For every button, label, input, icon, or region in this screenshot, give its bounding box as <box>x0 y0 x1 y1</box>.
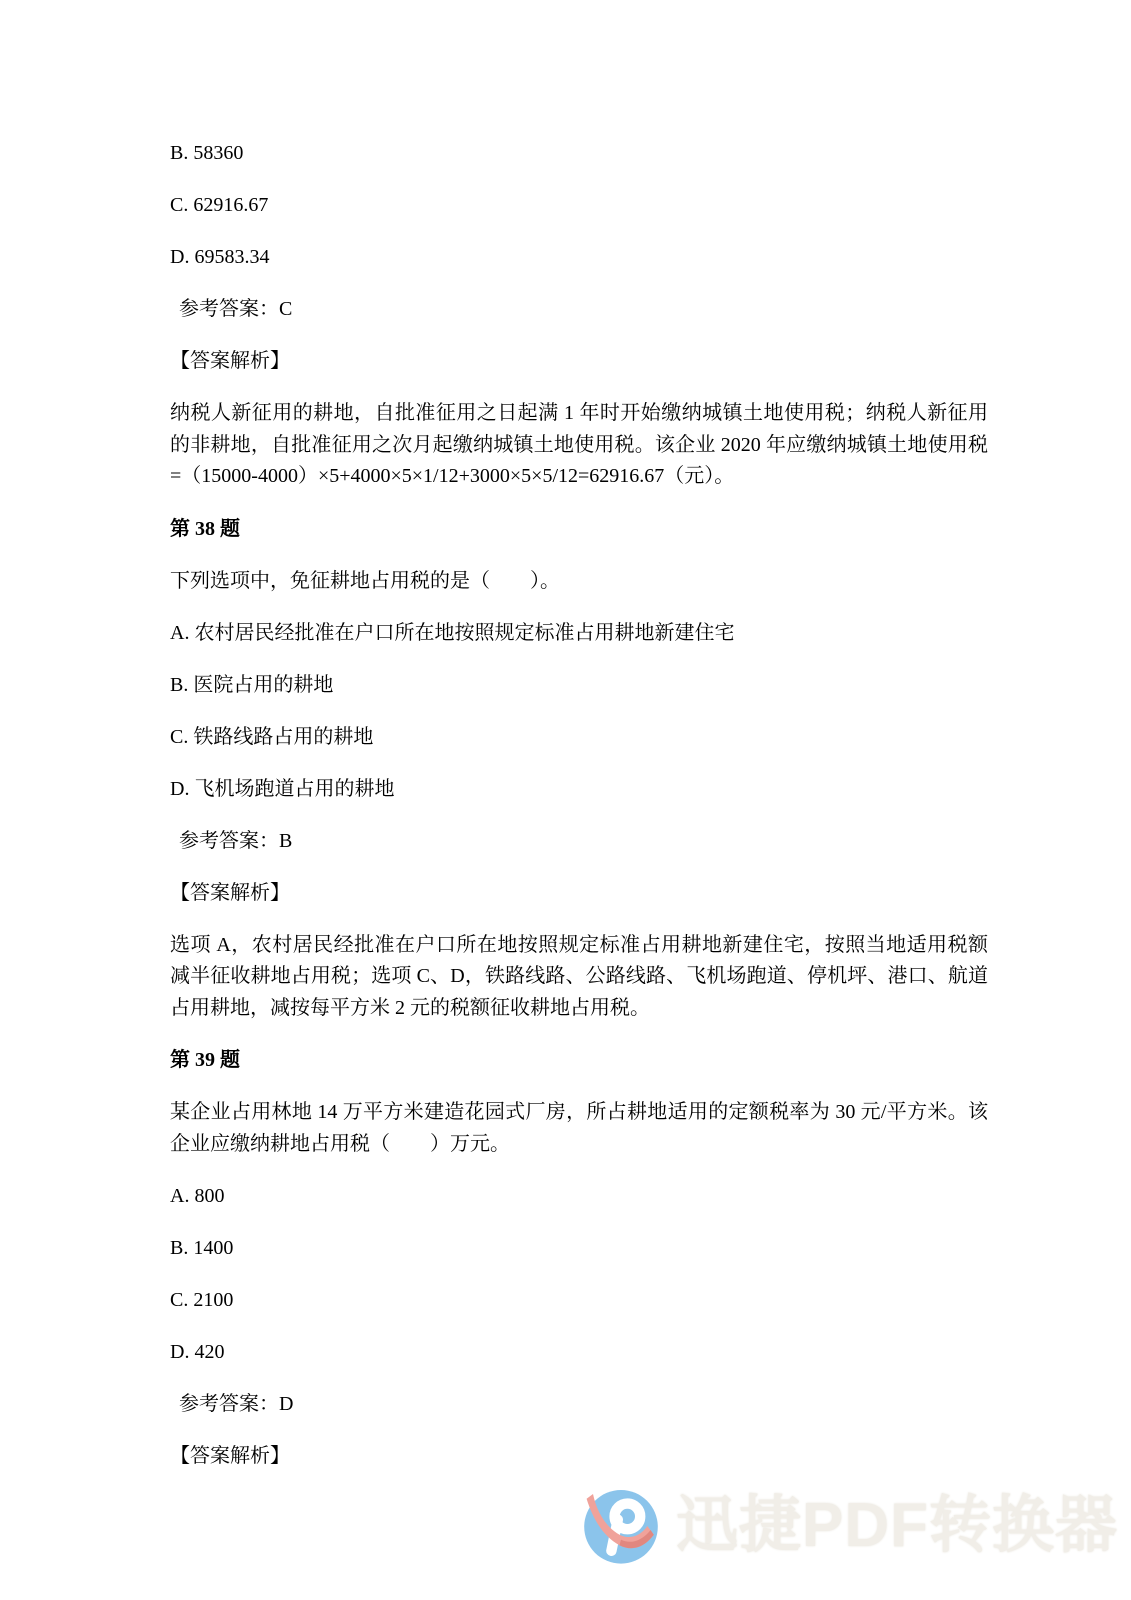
watermark-text: 迅捷PDF转换器 <box>676 1486 1118 1566</box>
reference-answer-label: 参考答案： <box>179 298 279 320</box>
watermark: 迅捷PDF转换器 <box>581 1486 1118 1566</box>
option-d: D. 420 <box>170 1337 988 1368</box>
option-b: B. 58360 <box>170 138 988 169</box>
reference-answer-label: 参考答案： <box>179 830 279 852</box>
question-number-heading: 第 38 题 <box>170 514 988 545</box>
question-number-heading: 第 39 题 <box>170 1045 988 1076</box>
option-c: C. 2100 <box>170 1285 988 1316</box>
reference-answer-value: D <box>279 1393 293 1415</box>
reference-answer-value: B <box>279 830 292 852</box>
option-a: A. 800 <box>170 1181 988 1212</box>
option-b: B. 医院占用的耕地 <box>170 670 988 701</box>
option-d: D. 飞机场跑道占用的耕地 <box>170 774 988 805</box>
question-text: 某企业占用林地 14 万平方米建造花园式厂房，所占耕地适用的定额税率为 30 元… <box>170 1097 988 1160</box>
analysis-heading: 【答案解析】 <box>170 1441 988 1472</box>
analysis-text: 选项 A，农村居民经批准在户口所在地按照规定标准占用耕地新建住宅，按照当地适用税… <box>170 930 988 1025</box>
analysis-heading: 【答案解析】 <box>170 878 988 909</box>
analysis-heading: 【答案解析】 <box>170 346 988 377</box>
question-39-block: 第 39 题 某企业占用林地 14 万平方米建造花园式厂房，所占耕地适用的定额税… <box>170 1045 988 1472</box>
document-content: B. 58360 C. 62916.67 D. 69583.34 参考答案：C … <box>170 138 988 1493</box>
pdf-converter-logo-icon <box>581 1486 661 1566</box>
option-a: A. 农村居民经批准在户口所在地按照规定标准占用耕地新建住宅 <box>170 618 988 649</box>
reference-answer: 参考答案：D <box>170 1389 988 1420</box>
reference-answer: 参考答案：B <box>170 826 988 857</box>
option-b: B. 1400 <box>170 1233 988 1264</box>
option-c: C. 铁路线路占用的耕地 <box>170 722 988 753</box>
option-c: C. 62916.67 <box>170 190 988 221</box>
reference-answer: 参考答案：C <box>170 294 988 325</box>
analysis-text: 纳税人新征用的耕地，自批准征用之日起满 1 年时开始缴纳城镇土地使用税；纳税人新… <box>170 398 988 493</box>
reference-answer-value: C <box>279 298 292 320</box>
question-38-block: 第 38 题 下列选项中，免征耕地占用税的是（ ）。 A. 农村居民经批准在户口… <box>170 514 988 1025</box>
reference-answer-label: 参考答案： <box>179 1393 279 1415</box>
question-37-block: B. 58360 C. 62916.67 D. 69583.34 参考答案：C … <box>170 138 988 493</box>
document-page: B. 58360 C. 62916.67 D. 69583.34 参考答案：C … <box>0 0 1131 1600</box>
option-d: D. 69583.34 <box>170 242 988 273</box>
question-text: 下列选项中，免征耕地占用税的是（ ）。 <box>170 566 988 597</box>
